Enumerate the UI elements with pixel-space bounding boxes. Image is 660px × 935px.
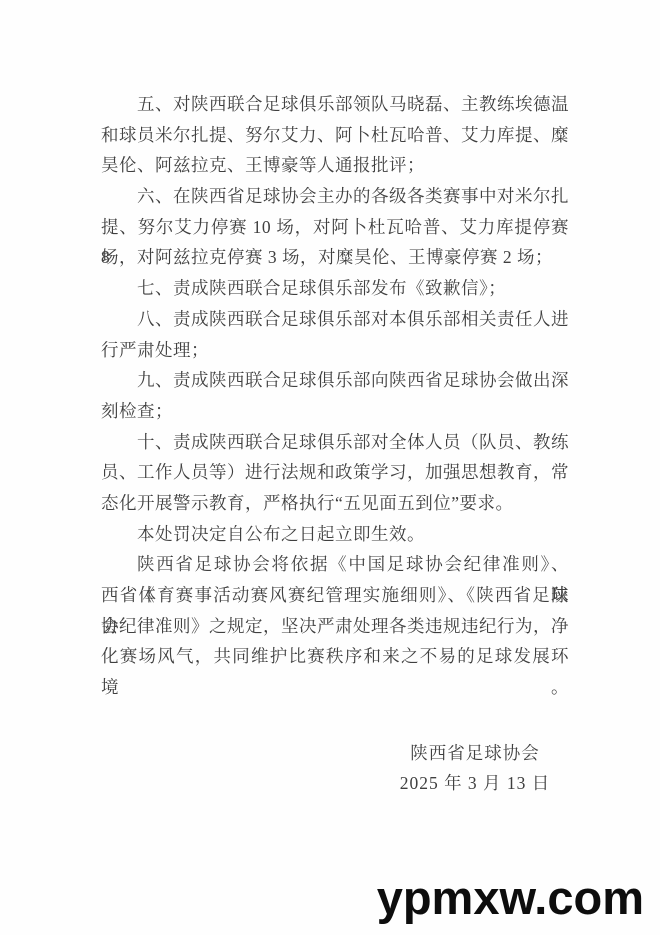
doc-line: 五、对陕西联合足球俱乐部领队马晓磊、主教练埃德温	[101, 89, 569, 120]
doc-line: 八、责成陕西联合足球俱乐部对本俱乐部相关责任人进	[101, 304, 569, 335]
doc-line: 九、责成陕西联合足球俱乐部向陕西省足球协会做出深	[101, 365, 569, 396]
doc-line: 会纪律准则》之规定，坚决严肃处理各类违规违纪行为，净	[101, 611, 569, 642]
document-body: 五、对陕西联合足球俱乐部领队马晓磊、主教练埃德温 和球员米尔扎提、努尔艾力、阿卜…	[101, 89, 569, 672]
doc-line: 态化开展警示教育，严格执行“五见面五到位”要求。	[101, 488, 569, 519]
watermark-text: ypmxw.com	[377, 874, 644, 921]
doc-line: 刻检查；	[101, 396, 569, 427]
signature-org: 陕西省足球协会	[310, 738, 640, 768]
doc-line: 化赛场风气，共同维护比赛秩序和来之不易的足球发展环境。	[101, 641, 569, 672]
doc-line: 昊伦、阿兹拉克、王博豪等人通报批评；	[101, 150, 569, 181]
doc-line: 和球员米尔扎提、努尔艾力、阿卜杜瓦哈普、艾力库提、糜	[101, 120, 569, 151]
document-page: 五、对陕西联合足球俱乐部领队马晓磊、主教练埃德温 和球员米尔扎提、努尔艾力、阿卜…	[0, 0, 660, 935]
doc-line: 陕西省足球协会将依据《中国足球协会纪律准则》、《陕	[101, 549, 569, 580]
doc-line: 员、工作人员等）进行法规和政策学习，加强思想教育，常	[101, 457, 569, 488]
doc-line: 场，对阿兹拉克停赛 3 场，对糜昊伦、王博豪停赛 2 场；	[101, 242, 569, 273]
doc-line: 行严肃处理；	[101, 335, 569, 366]
doc-line: 七、责成陕西联合足球俱乐部发布《致歉信》；	[101, 273, 569, 304]
signature-date: 2025 年 3 月 13 日	[310, 768, 640, 798]
doc-line: 十、责成陕西联合足球俱乐部对全体人员（队员、教练	[101, 427, 569, 458]
doc-line: 六、在陕西省足球协会主办的各级各类赛事中对米尔扎	[101, 181, 569, 212]
doc-line: 本处罚决定自公布之日起立即生效。	[101, 519, 569, 550]
doc-line: 西省体育赛事活动赛风赛纪管理实施细则》、《陕西省足球协	[101, 580, 569, 611]
doc-line: 提、努尔艾力停赛 10 场，对阿卜杜瓦哈普、艾力库提停赛 8	[101, 212, 569, 243]
